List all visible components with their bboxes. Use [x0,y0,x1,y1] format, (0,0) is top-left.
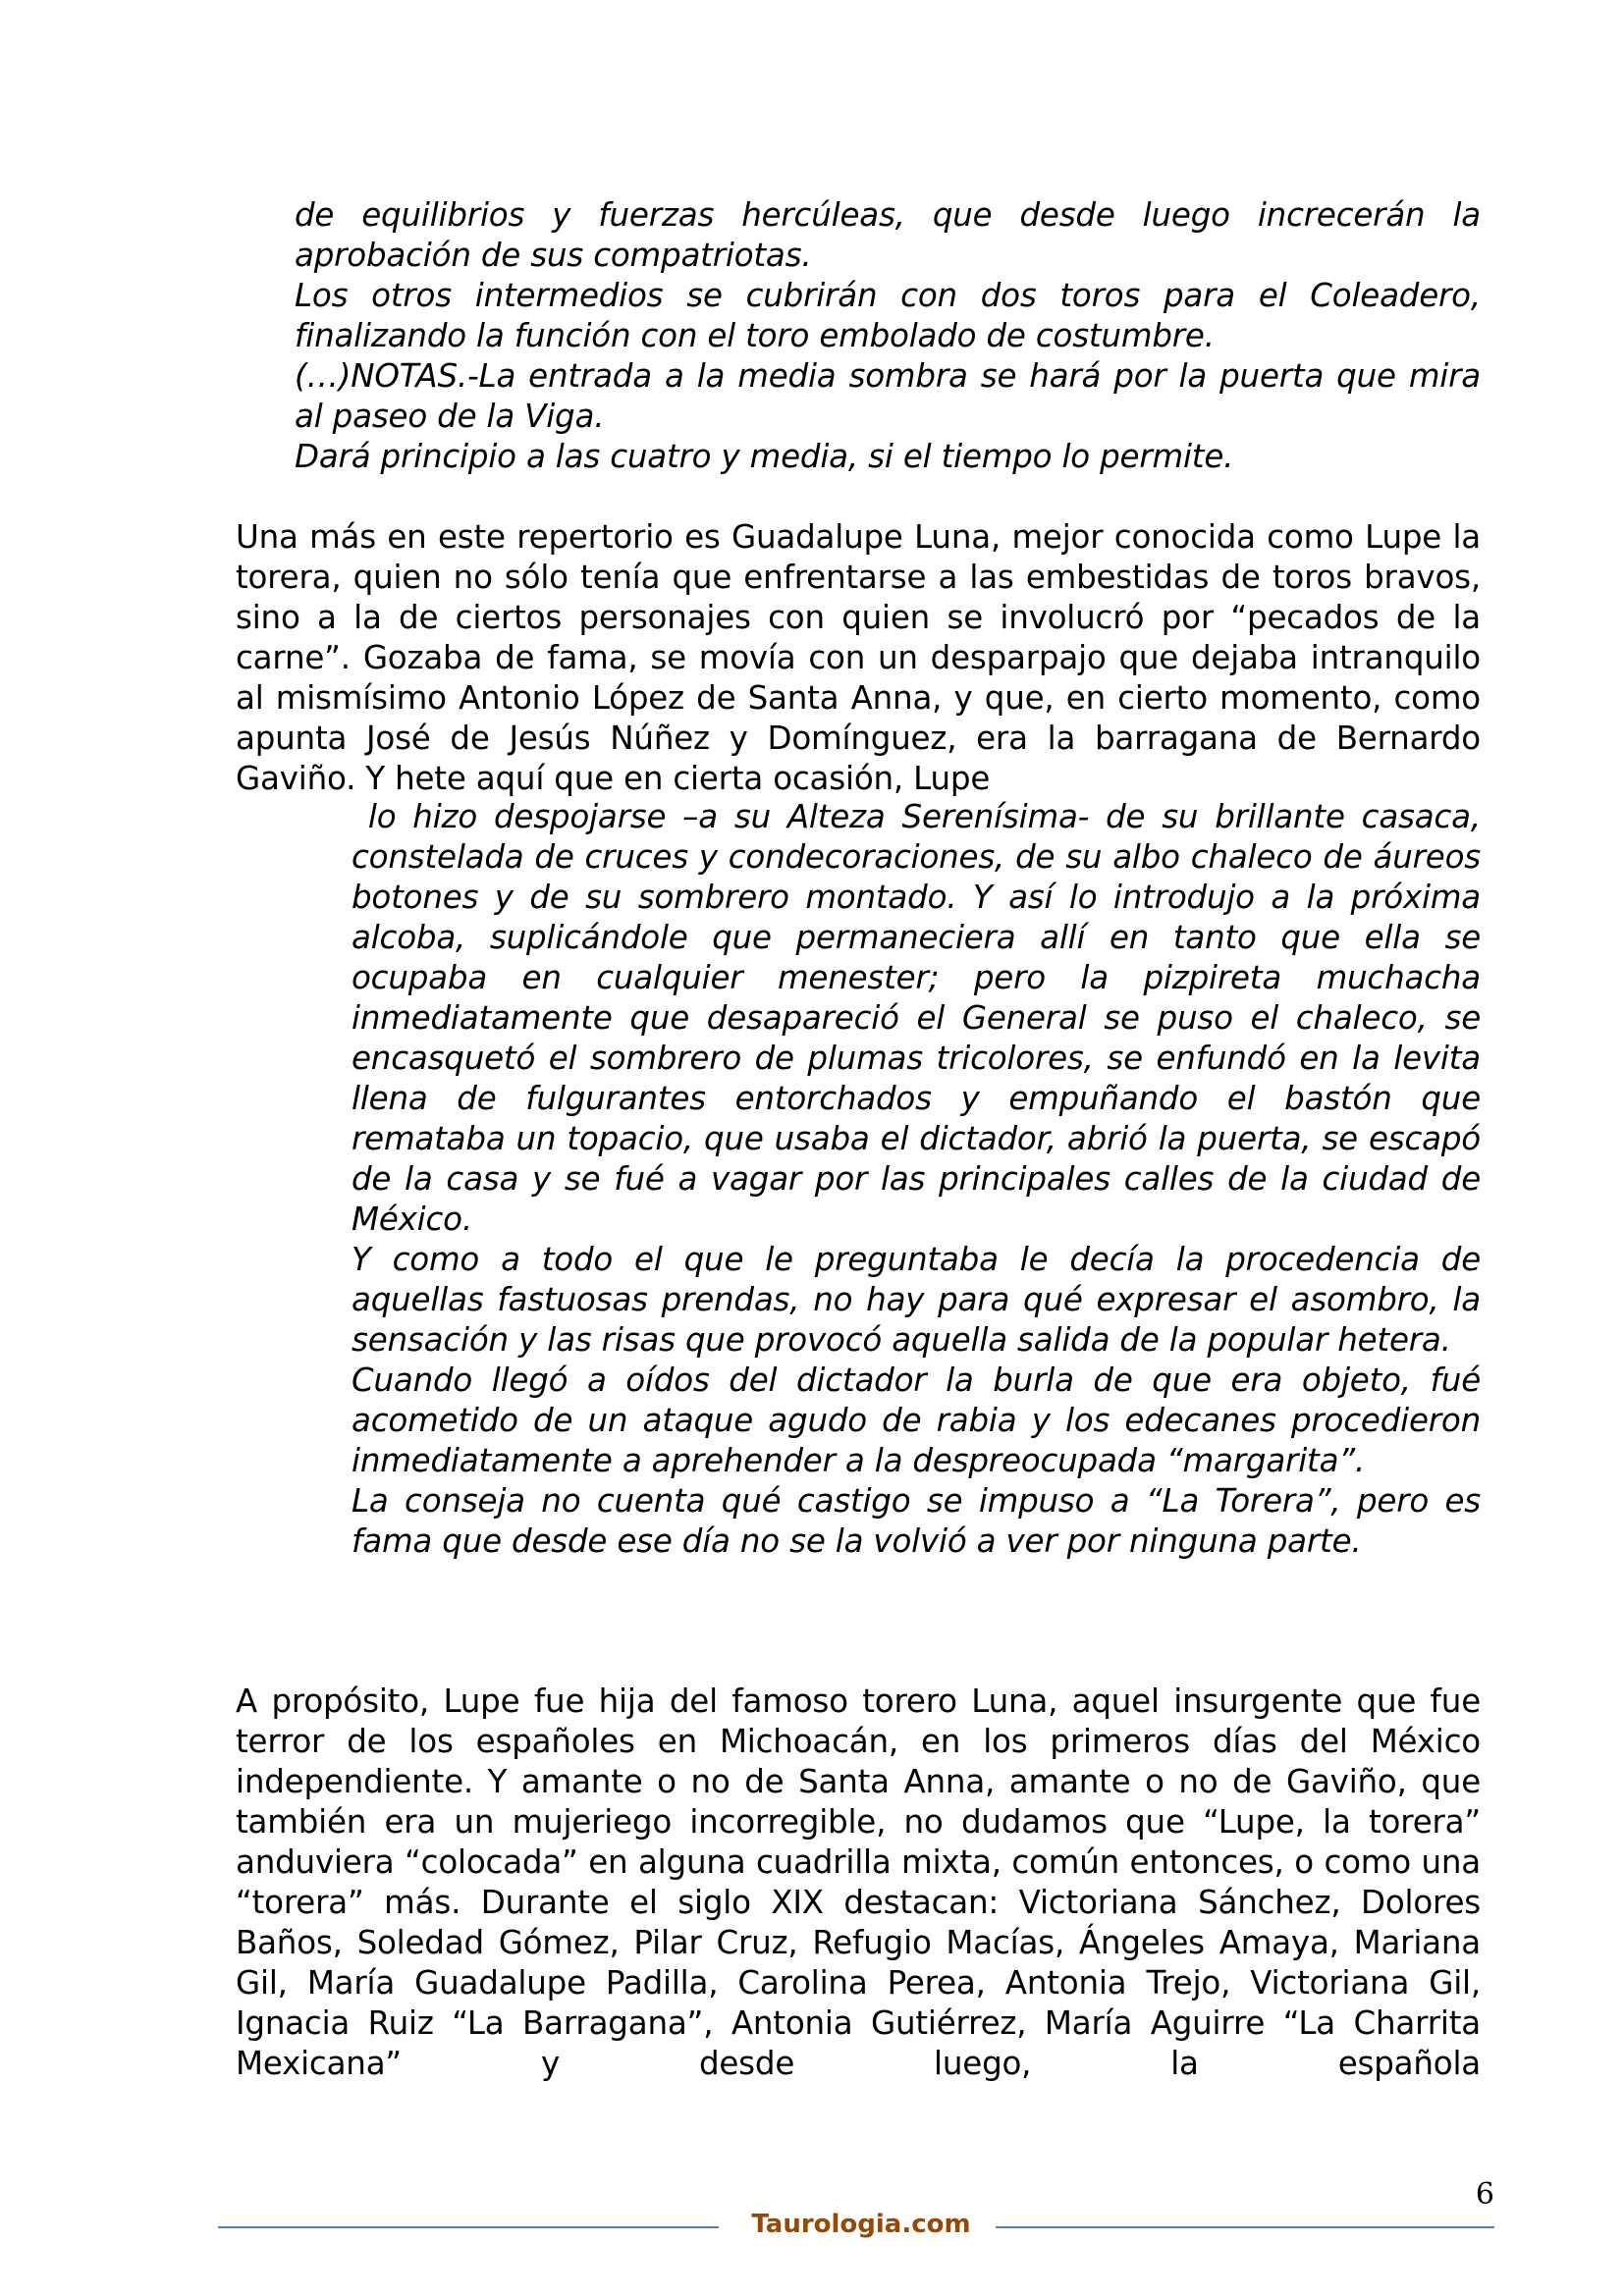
body-paragraph: Una más en este repertorio es Guadalupe … [236,517,1481,799]
page-number: 6 [1476,2177,1494,2212]
page-footer: 6 Taurologia.com [218,2177,1494,2236]
paragraph-text: A propósito, Lupe fue hija del famoso to… [236,1682,1481,2084]
quote-line: (…)NOTAS.-La entrada a la media sombra s… [295,356,1481,437]
footer-rule-right [996,2226,1494,2228]
blockquote-paragraph: La conseja no cuenta qué castigo se impu… [352,1481,1481,1562]
blockquote-paragraph: Y como a todo el que le preguntaba le de… [352,1240,1481,1361]
blockquote-paragraph: lo hizo despojarse –a su Alteza Serenísi… [352,797,1481,1240]
quote-line: Los otros intermedios se cubrirán con do… [295,276,1481,356]
quoted-program-excerpt: de equilibrios y fuerzas hercúleas, que … [295,195,1481,477]
quote-line: Dará principio a las cuatro y media, si … [295,437,1481,477]
blockquote-paragraph: Cuando llegó a oídos del dictador la bur… [352,1361,1481,1481]
footer-brand: Taurologia.com [738,2210,984,2239]
quote-line: de equilibrios y fuerzas hercúleas, que … [295,195,1481,276]
block-quotation: lo hizo despojarse –a su Alteza Serenísi… [352,797,1481,1562]
footer-rule-left [218,2226,719,2228]
document-page: de equilibrios y fuerzas hercúleas, que … [0,0,1624,2296]
body-paragraph: A propósito, Lupe fue hija del famoso to… [236,1682,1481,2084]
paragraph-text: Una más en este repertorio es Guadalupe … [236,517,1481,799]
